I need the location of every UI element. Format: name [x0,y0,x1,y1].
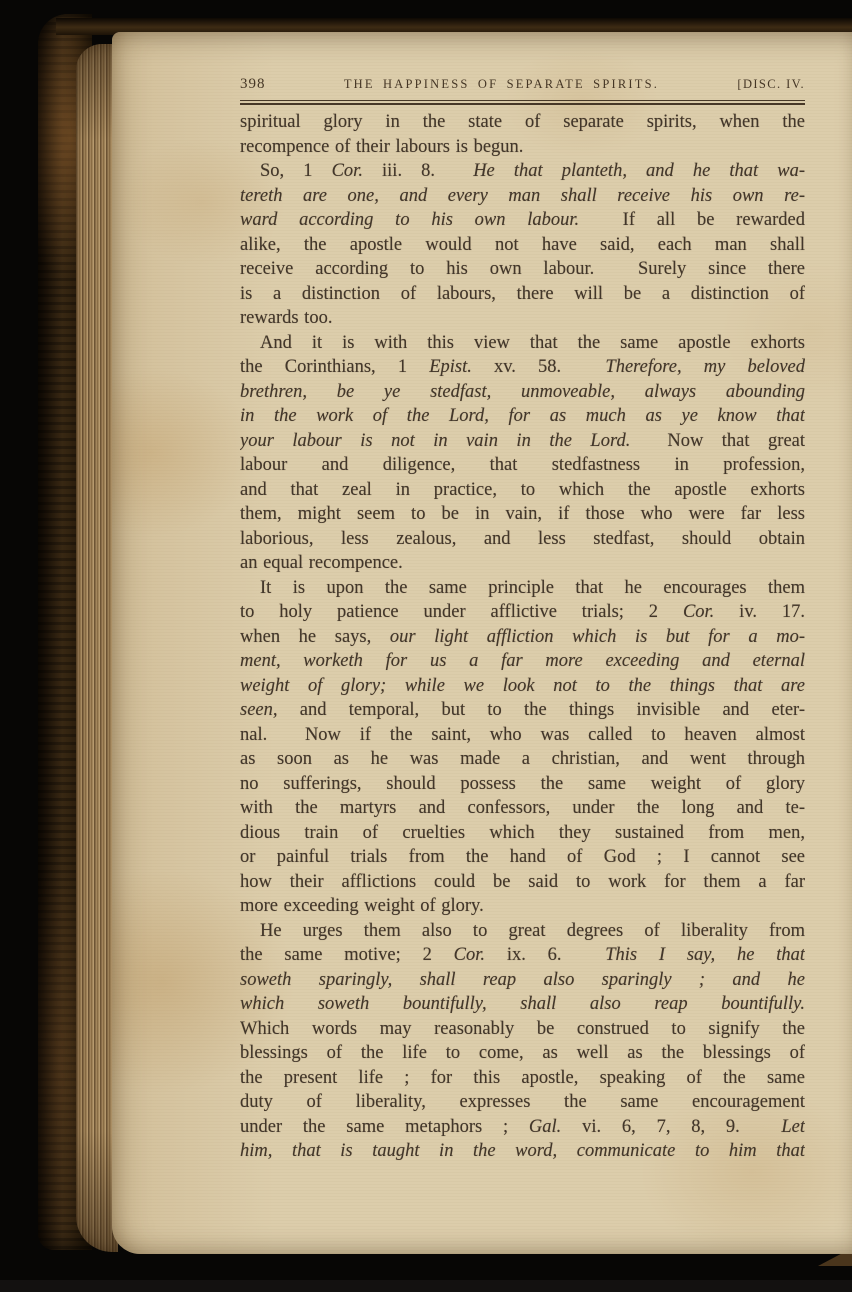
book-page: 398 THE HAPPINESS OF SEPARATE SPIRITS. [… [112,32,852,1254]
text-line: no sufferings, should possess the same w… [240,772,805,797]
text-line: laborious, less zealous, and less stedfa… [240,527,805,552]
running-title: THE HAPPINESS OF SEPARATE SPIRITS. [344,76,659,93]
text-line: which soweth bountifully, shall also rea… [240,992,805,1017]
text-line: your labour is not in vain in the Lord. … [240,429,805,454]
text-line: them, might seem to be in vain, if those… [240,502,805,527]
text-line: him, that is taught in the word, communi… [240,1139,805,1164]
text-line: as soon as he was made a christian, and … [240,747,805,772]
text-line: He urges them also to great degrees of l… [240,919,805,944]
text-line: or painful trials from the hand of God ;… [240,845,805,870]
text-line: It is upon the same principle that he en… [240,576,805,601]
text-line: in the work of the Lord, for as much as … [240,404,805,429]
text-line: the Corinthians, 1 Epist. xv. 58. Theref… [240,355,805,380]
discourse-reference: [DISC. IV. [737,76,805,93]
text-line: ward according to his own labour. If all… [240,208,805,233]
text-line: how their afflictions could be said to w… [240,870,805,895]
text-line: an equal recompence. [240,551,805,576]
text-line: to holy patience under afflictive trials… [240,600,805,625]
text-line: duty of liberality, expresses the same e… [240,1090,805,1115]
text-line: is a distinction of labours, there will … [240,282,805,307]
text-line: ment, worketh for us a far more exceedin… [240,649,805,674]
book-scan: 398 THE HAPPINESS OF SEPARATE SPIRITS. [… [0,0,852,1292]
text-line: seen, and temporal, but to the things in… [240,698,805,723]
text-line: weight of glory; while we look not to th… [240,674,805,699]
text-line: tereth are one, and every man shall rece… [240,184,805,209]
scan-bottom-strip [0,1280,852,1292]
text-line: soweth sparingly, shall reap also sparin… [240,968,805,993]
text-line: Which words may reasonably be construed … [240,1017,805,1042]
page-header: 398 THE HAPPINESS OF SEPARATE SPIRITS. [… [240,76,805,93]
text-line: dious train of cruelties which they sust… [240,821,805,846]
text-line: brethren, be ye stedfast, unmoveable, al… [240,380,805,405]
text-line: with the martyrs and confessors, under t… [240,796,805,821]
text-line: labour and diligence, that stedfastness … [240,453,805,478]
text-line: more exceeding weight of glory. [240,894,805,919]
page-number: 398 [240,76,266,93]
text-line: spiritual glory in the state of separate… [240,110,805,135]
text-line: alike, the apostle would not have said, … [240,233,805,258]
text-line: And it is with this view that the same a… [240,331,805,356]
text-line: and that zeal in practice, to which the … [240,478,805,503]
text-line: the present life ; for this apostle, spe… [240,1066,805,1091]
text-line: So, 1 Cor. iii. 8. He that planteth, and… [240,159,805,184]
text-line: when he says, our light affliction which… [240,625,805,650]
text-line: nal. Now if the saint, who was called to… [240,723,805,748]
text-line: blessings of the life to come, as well a… [240,1041,805,1066]
text-line: under the same metaphors ; Gal. vi. 6, 7… [240,1115,805,1140]
text-line: rewards too. [240,306,805,331]
page-body: spiritual glory in the state of separate… [240,110,805,1164]
text-line: recompence of their labours is begun. [240,135,805,160]
text-line: receive according to his own labour. Sur… [240,257,805,282]
text-line: the same motive; 2 Cor. ix. 6. This I sa… [240,943,805,968]
header-rule [240,100,805,105]
